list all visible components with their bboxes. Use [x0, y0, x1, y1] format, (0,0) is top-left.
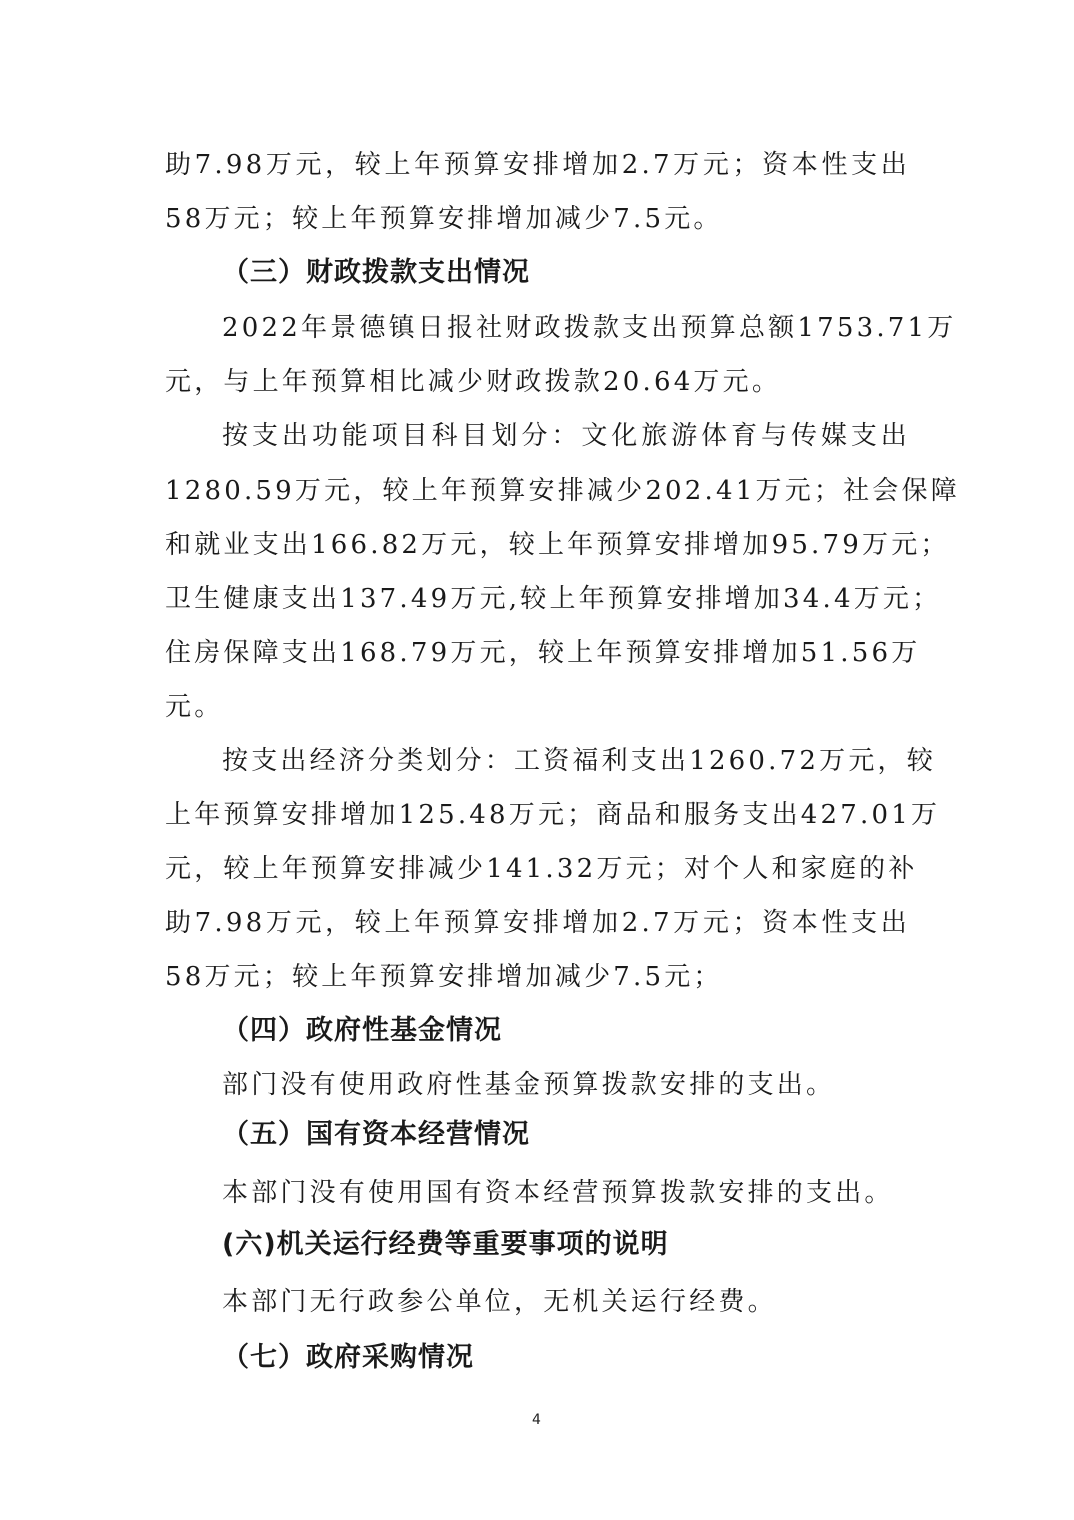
body-text-line: 58万元；较上年预算安排增加减少7.5元。	[165, 201, 910, 237]
section-heading-5: （五）国有资本经营情况	[222, 1117, 530, 1153]
section-heading-4: （四）政府性基金情况	[222, 1013, 502, 1049]
body-text-line: 元，较上年预算安排减少141.32万元；对个人和家庭的补	[165, 851, 910, 887]
body-paragraph: 本部门没有使用国有资本经营预算拨款安排的支出。	[222, 1175, 894, 1211]
section-heading-6: (六)机关运行经费等重要事项的说明	[222, 1227, 669, 1263]
section-heading-3: （三）财政拨款支出情况	[222, 255, 530, 291]
body-text-line: 上年预算安排增加125.48万元；商品和服务支出427.01万	[165, 797, 910, 833]
body-text-line: 助7.98万元，较上年预算安排增加2.7万元；资本性支出	[165, 905, 910, 941]
body-text-line: 按支出经济分类划分：工资福利支出1260.72万元，较	[222, 743, 910, 779]
body-text-line: 元。	[165, 689, 910, 725]
body-text-line: 1280.59万元，较上年预算安排减少202.41万元；社会保障	[165, 473, 910, 509]
body-text-line: 住房保障支出168.79万元，较上年预算安排增加51.56万	[165, 635, 910, 671]
body-paragraph: 本部门无行政参公单位，无机关运行经费。	[222, 1284, 777, 1320]
body-text-line: 58万元；较上年预算安排增加减少7.5元；	[165, 959, 910, 995]
page-number: 4	[532, 1412, 541, 1428]
body-text-line: 2022年景德镇日报社财政拨款支出预算总额1753.71万	[222, 310, 910, 346]
body-text-line: 按支出功能项目科目划分：文化旅游体育与传媒支出	[222, 418, 910, 454]
body-paragraph: 部门没有使用政府性基金预算拨款安排的支出。	[222, 1067, 835, 1103]
body-text-line: 元，与上年预算相比减少财政拨款20.64万元。	[165, 364, 910, 400]
document-page: 助7.98万元，较上年预算安排增加2.7万元；资本性支出 58万元；较上年预算安…	[0, 0, 1074, 1520]
body-text-line: 卫生健康支出137.49万元,较上年预算安排增加34.4万元；	[165, 581, 910, 617]
body-text-line: 助7.98万元，较上年预算安排增加2.7万元；资本性支出	[165, 147, 910, 183]
section-heading-7: （七）政府采购情况	[222, 1340, 474, 1376]
body-text-line: 和就业支出166.82万元，较上年预算安排增加95.79万元；	[165, 527, 910, 563]
